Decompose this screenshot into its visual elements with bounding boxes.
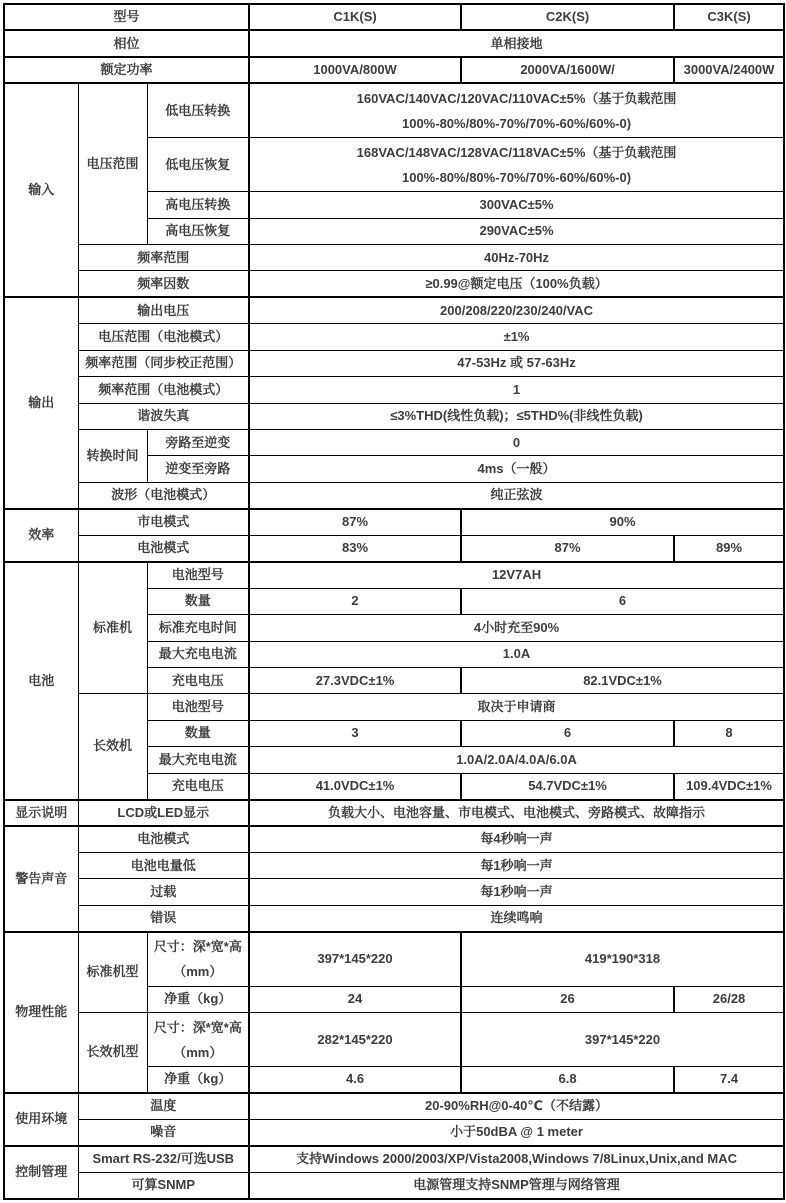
row-label-cell: 标准机型 [78,932,147,1013]
value-cell: 160VAC/140VAC/120VAC/110VAC±5%（基于负载范围 10… [249,83,784,137]
value-cell: 4.6 [249,1067,461,1093]
row-label-cell: 噪音 [78,1119,249,1145]
value-cell: 87% [461,535,674,561]
value-cell: 每1秒响一声 [249,879,784,905]
value-cell: 27.3VDC±1% [249,667,461,693]
row-label-cell: 物理性能 [4,932,78,1093]
spec-table-body: 型号C1K(S)C2K(S)C3K(S)相位单相接地额定功率1000VA/800… [4,4,784,1199]
row-label-cell: 频率范围 [78,244,249,270]
row-label-cell: 长效机型 [78,1013,147,1093]
value-cell: 282*145*220 [249,1013,461,1067]
row-label-cell: 电压范围 [78,83,147,244]
value-cell: 168VAC/148VAC/128VAC/118VAC±5%（基于负载范围 10… [249,138,784,192]
value-cell: 20-90%RH@0-40℃（不结露） [249,1093,784,1119]
value-cell: 419*190*318 [461,932,784,986]
row-label-cell: 输入 [4,83,78,297]
value-cell: C1K(S) [249,4,461,30]
row-label-cell: 频率因数 [78,271,249,297]
row-label-cell: 标准充电时间 [147,615,249,641]
row-label-cell: 尺寸：深*宽*高 （mm） [147,932,249,986]
value-cell: 1 [249,377,784,403]
row-label-cell: 净重（kg） [147,986,249,1012]
value-cell: 87% [249,509,461,535]
value-cell: 82.1VDC±1% [461,667,784,693]
value-cell: 290VAC±5% [249,218,784,244]
row-label-cell: LCD或LED显示 [78,800,249,826]
value-cell: 电源管理支持SNMP管理与网络管理 [249,1172,784,1199]
row-label-cell: 相位 [4,30,249,56]
row-label-cell: 电池电量低 [78,853,249,879]
row-label-cell: 电压范围（电池模式） [78,324,249,350]
row-label-cell: 错误 [78,905,249,931]
row-label-cell: 可算SNMP [78,1172,249,1199]
row-label-cell: 旁路至逆变 [147,430,249,456]
value-cell: C3K(S) [674,4,784,30]
row-label-cell: 电池 [4,562,78,800]
value-cell: 83% [249,535,461,561]
row-label-cell: 低电压转换 [147,83,249,137]
value-cell: 小于50dBA @ 1 meter [249,1119,784,1145]
value-cell: 54.7VDC±1% [461,773,674,799]
row-label-cell: 波形（电池模式） [78,482,249,508]
value-cell: 6 [461,588,784,614]
row-label-cell: 型号 [4,4,249,30]
row-label-cell: 温度 [78,1093,249,1119]
row-label-cell: 高电压转换 [147,192,249,218]
row-label-cell: 数量 [147,720,249,746]
row-label-cell: 显示说明 [4,800,78,826]
value-cell: 41.0VDC±1% [249,773,461,799]
row-label-cell: 长效机 [78,694,147,800]
value-cell: 89% [674,535,784,561]
row-label-cell: 最大充电电流 [147,641,249,667]
value-cell: 26 [461,986,674,1012]
value-cell: 24 [249,986,461,1012]
row-label-cell: 电池模式 [78,535,249,561]
row-label-cell: 电池型号 [147,562,249,588]
value-cell: 1.0A/2.0A/4.0A/6.0A [249,747,784,773]
row-label-cell: 净重（kg） [147,1067,249,1093]
value-cell: 3000VA/2400W [674,57,784,83]
row-label-cell: 频率范围（同步校正范围） [78,350,249,376]
value-cell: 负载大小、电池容量、市电模式、电池模式、旁路模式、故障指示 [249,800,784,826]
value-cell: 12V7AH [249,562,784,588]
value-cell: 连续鸣响 [249,905,784,931]
value-cell: 单相接地 [249,30,784,56]
row-label-cell: 谐波失真 [78,403,249,429]
row-label-cell: 过载 [78,879,249,905]
value-cell: 3 [249,720,461,746]
value-cell: 每4秒响一声 [249,826,784,852]
value-cell: 90% [461,509,784,535]
row-label-cell: 数量 [147,588,249,614]
value-cell: 6 [461,720,674,746]
row-label-cell: 高电压恢复 [147,218,249,244]
row-label-cell: 效率 [4,509,78,562]
row-label-cell: 尺寸：深*宽*高 （mm） [147,1013,249,1067]
value-cell: 109.4VDC±1% [674,773,784,799]
value-cell: 397*145*220 [461,1013,784,1067]
spec-table: 型号C1K(S)C2K(S)C3K(S)相位单相接地额定功率1000VA/800… [3,3,785,1200]
value-cell: 200/208/220/230/240/VAC [249,297,784,323]
value-cell: 1.0A [249,641,784,667]
value-cell: ≤3%THD(线性负载)；≤5THD%(非线性负载) [249,403,784,429]
row-label-cell: 市电模式 [78,509,249,535]
value-cell: 300VAC±5% [249,192,784,218]
row-label-cell: 电池模式 [78,826,249,852]
value-cell: 7.4 [674,1067,784,1093]
row-label-cell: 充电电压 [147,667,249,693]
row-label-cell: 逆变至旁路 [147,456,249,482]
row-label-cell: 警告声音 [4,826,78,932]
value-cell: ±1% [249,324,784,350]
row-label-cell: 电池型号 [147,694,249,720]
value-cell: 支持Windows 2000/2003/XP/Vista2008,Windows… [249,1146,784,1172]
value-cell: 纯正弦波 [249,482,784,508]
value-cell: 2 [249,588,461,614]
value-cell: ≥0.99@额定电压（100%负载） [249,271,784,297]
row-label-cell: 标准机 [78,562,147,694]
value-cell: 1000VA/800W [249,57,461,83]
row-label-cell: Smart RS-232/可选USB [78,1146,249,1172]
row-label-cell: 额定功率 [4,57,249,83]
value-cell: 取决于申请商 [249,694,784,720]
value-cell: 8 [674,720,784,746]
value-cell: 4ms（一般） [249,456,784,482]
value-cell: 4小时充至90% [249,615,784,641]
value-cell: 26/28 [674,986,784,1012]
value-cell: 397*145*220 [249,932,461,986]
row-label-cell: 转换时间 [78,430,147,483]
row-label-cell: 充电电压 [147,773,249,799]
row-label-cell: 输出 [4,297,78,509]
value-cell: 6.8 [461,1067,674,1093]
value-cell: 47-53Hz 或 57-63Hz [249,350,784,376]
value-cell: 0 [249,430,784,456]
row-label-cell: 频率范围（电池模式） [78,377,249,403]
row-label-cell: 输出电压 [78,297,249,323]
value-cell: 每1秒响一声 [249,853,784,879]
value-cell: C2K(S) [461,4,674,30]
value-cell: 40Hz-70Hz [249,244,784,270]
row-label-cell: 使用环境 [4,1093,78,1146]
row-label-cell: 低电压恢复 [147,138,249,192]
value-cell: 2000VA/1600W/ [461,57,674,83]
row-label-cell: 控制管理 [4,1146,78,1199]
row-label-cell: 最大充电电流 [147,747,249,773]
